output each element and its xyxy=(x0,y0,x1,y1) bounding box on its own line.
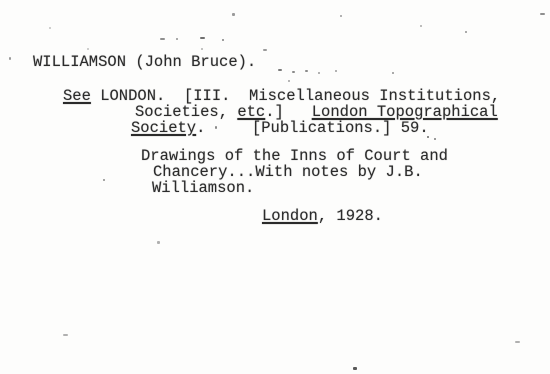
scan-speck xyxy=(434,138,436,140)
heading-author: WILLIAMSON (John Bruce). xyxy=(33,54,256,70)
scan-speck xyxy=(515,341,520,343)
text-segment: Williamson. xyxy=(152,179,254,197)
scan-speck xyxy=(292,71,295,73)
scan-speck xyxy=(305,70,308,72)
see-reference-line-2: Societies, etc.] London Topographical xyxy=(135,104,498,120)
scan-speck xyxy=(49,27,51,29)
scan-speck xyxy=(540,13,545,15)
scan-speck xyxy=(160,38,165,40)
scan-speck xyxy=(200,37,205,39)
catalog-card: WILLIAMSON (John Bruce).See LONDON. [III… xyxy=(0,0,550,374)
scan-speck xyxy=(465,31,467,33)
underlined-text-segment: See xyxy=(63,87,91,105)
scan-speck xyxy=(215,126,217,129)
title-line-2: Chancery...With notes by J.B. xyxy=(153,164,423,180)
underlined-text-segment: London xyxy=(262,207,318,225)
scan-speck xyxy=(157,241,160,244)
underlined-text-segment: Society xyxy=(131,119,196,137)
title-line-3: Williamson. xyxy=(152,180,254,196)
see-reference-line-1: See LONDON. [III. Miscellaneous Institut… xyxy=(63,88,500,104)
text-segment: , 1928. xyxy=(318,207,383,225)
scan-speck xyxy=(427,136,429,138)
scan-speck xyxy=(278,69,282,71)
scan-speck xyxy=(263,49,267,51)
imprint-line: London, 1928. xyxy=(262,208,383,224)
scan-speck xyxy=(288,80,290,82)
scan-speck xyxy=(335,70,337,72)
scan-speck xyxy=(318,72,320,74)
scan-speck xyxy=(87,48,89,50)
see-reference-line-3: Society. [Publications.] 59. xyxy=(131,120,429,136)
text-segment: WILLIAMSON (John Bruce). xyxy=(33,53,256,71)
card-text-layer: WILLIAMSON (John Bruce).See LONDON. [III… xyxy=(0,0,550,374)
scan-speck xyxy=(420,25,422,27)
scan-speck xyxy=(353,367,357,370)
scan-speck xyxy=(340,15,342,17)
scan-speck xyxy=(392,72,394,74)
scan-speck xyxy=(222,39,224,41)
scan-speck xyxy=(103,179,105,181)
scan-speck xyxy=(201,48,203,50)
text-segment: . [Publications.] 59. xyxy=(196,119,429,137)
scan-speck xyxy=(176,38,178,40)
scan-speck xyxy=(63,334,68,336)
scan-speck xyxy=(9,57,11,60)
title-line-1: Drawings of the Inns of Court and xyxy=(141,148,448,164)
scan-speck xyxy=(232,13,235,16)
